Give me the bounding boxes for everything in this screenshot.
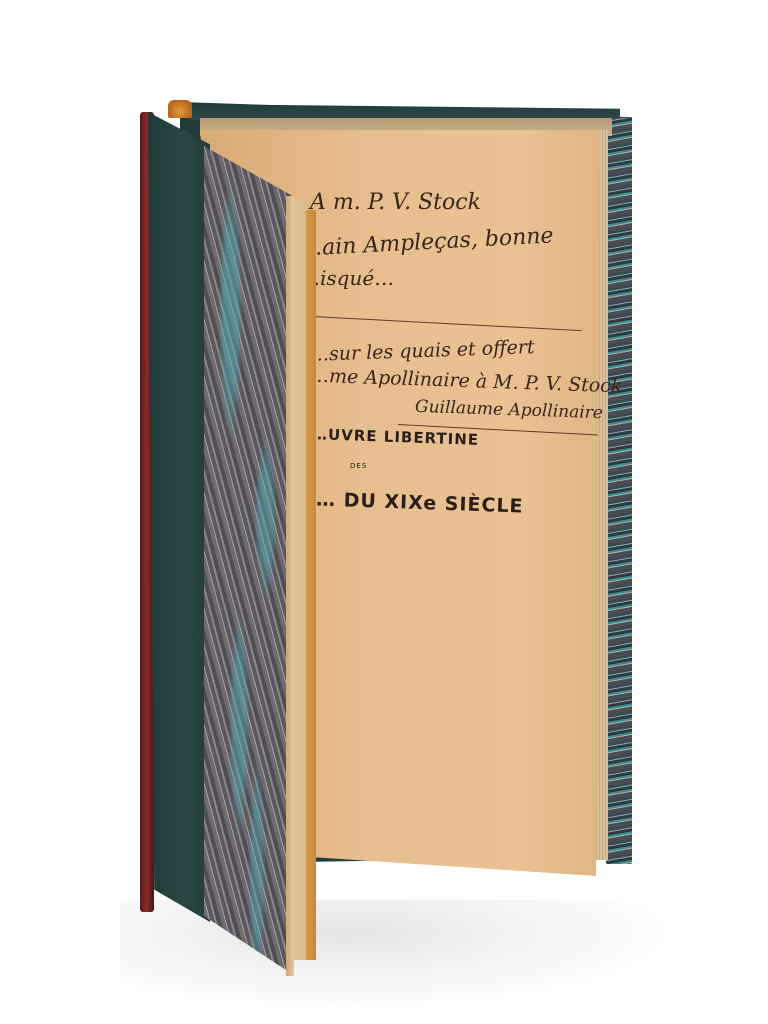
book-photo: A m. P. V. Stock …ain Ampleças, bonne …i… [0, 0, 768, 1024]
front-cover-marbled-board [204, 146, 292, 974]
back-cover-marbled-edge [606, 118, 632, 864]
headband [168, 100, 192, 118]
flyleaf-orange [306, 210, 316, 960]
front-cover-cloth [148, 112, 210, 922]
inscription-line-1: A m. P. V. Stock [310, 190, 481, 215]
title-line-2: DES [350, 462, 367, 470]
